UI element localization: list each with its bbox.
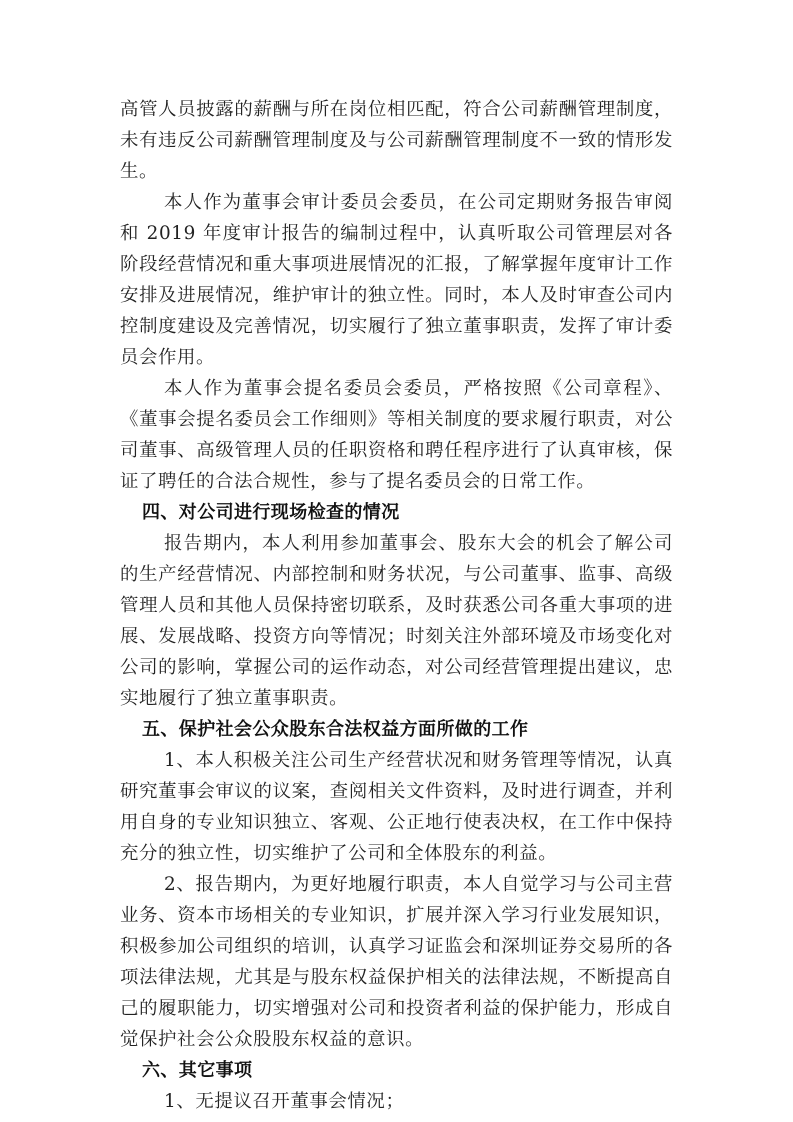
paragraph-audit-committee: 本人作为董事会审计委员会委员，在公司定期财务报告审阅和 2019 年度审计报告的… [120,187,673,373]
paragraph-shareholder-protection-1: 1、本人积极关注公司生产经营状况和财务管理等情况，认真研究董事会审议的议案，查阅… [120,745,673,869]
paragraph-nomination-committee: 本人作为董事会提名委员会委员，严格按照《公司章程》、《董事会提名委员会工作细则》… [120,373,673,497]
section-heading-shareholder-protection: 五、保护社会公众股东合法权益方面所做的工作 [120,714,673,745]
paragraph-onsite-inspection: 报告期内，本人利用参加董事会、股东大会的机会了解公司的生产经营情况、内部控制和财… [120,528,673,714]
paragraph-compensation-conclusion: 高管人员披露的薪酬与所在岗位相匹配，符合公司薪酬管理制度，未有违反公司薪酬管理制… [120,94,673,187]
paragraph-other-matters-1: 1、无提议召开董事会情况； [120,1086,673,1117]
section-heading-onsite-inspection: 四、对公司进行现场检查的情况 [120,497,673,528]
document-page: 高管人员披露的薪酬与所在岗位相匹配，符合公司薪酬管理制度，未有违反公司薪酬管理制… [120,94,673,1117]
paragraph-shareholder-protection-2: 2、报告期内，为更好地履行职责，本人自觉学习与公司主营业务、资本市场相关的专业知… [120,869,673,1055]
section-heading-other-matters: 六、其它事项 [120,1055,673,1086]
